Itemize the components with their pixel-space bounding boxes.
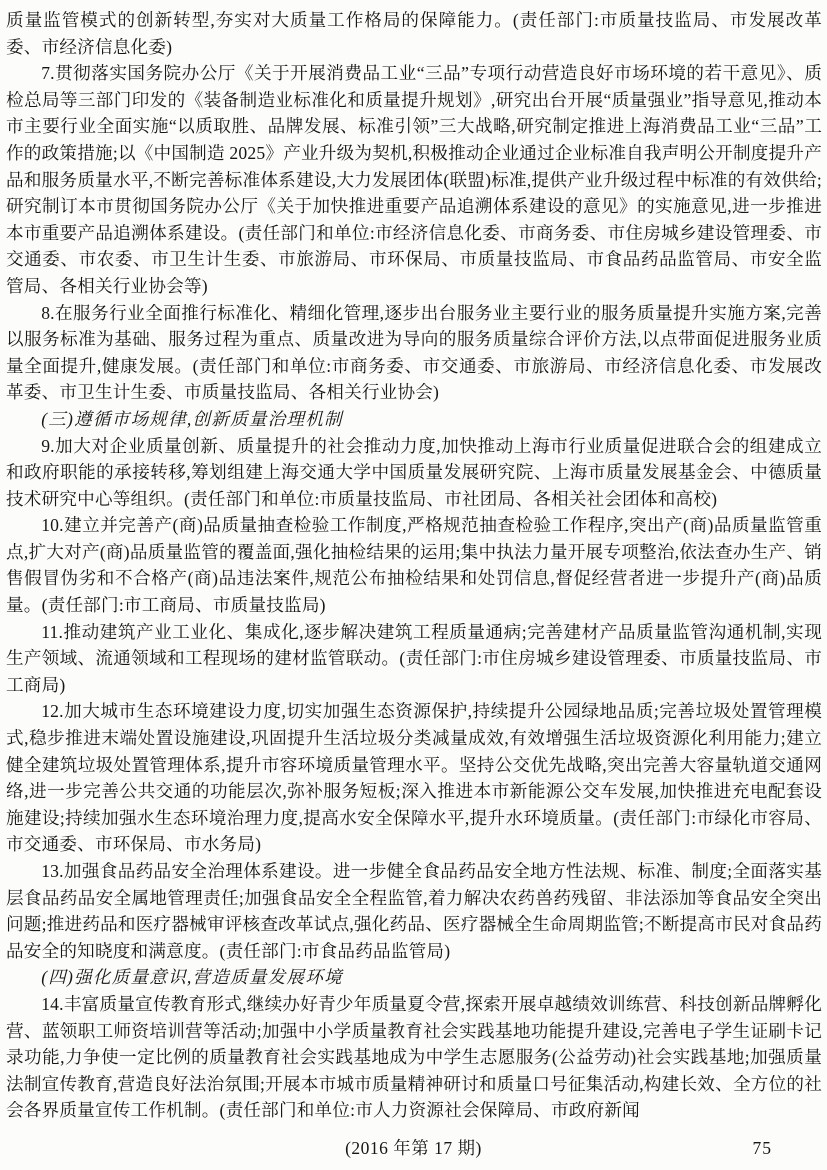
paragraph-continuation: 质量监管模式的创新转型,夯实对大质量工作格局的保障能力。(责任部门:市质量技监局… <box>6 7 822 60</box>
paragraph-item-8: 8.在服务行业全面推行标准化、精细化管理,逐步出台服务业主要行业的服务质量提升实… <box>6 300 822 406</box>
paragraph-item-9: 9.加大对企业质量创新、质量提升的社会推动力度,加快推动上海市行业质量促进联合会… <box>6 433 822 513</box>
paragraph-item-7: 7.贯彻落实国务院办公厅《关于开展消费品工业“三品”专项行动营造良好市场环境的若… <box>6 60 822 299</box>
paragraph-item-14: 14.丰富质量宣传教育形式,继续办好青少年质量夏令营,探索开展卓越绩效训练营、科… <box>6 991 822 1124</box>
paragraph-item-11: 11.推动建筑产业工业化、集成化,逐步解决建筑工程质量通病;完善建材产品质量监管… <box>6 619 822 699</box>
page-footer: (2016 年第 17 期) 75 <box>0 1134 827 1162</box>
section-heading-3: (三)遵循市场规律,创新质量治理机制 <box>6 406 822 433</box>
paragraph-item-13: 13.加强食品药品安全治理体系建设。进一步健全食品药品安全地方性法规、标准、制度… <box>6 858 822 964</box>
body-text: 质量监管模式的创新转型,夯实对大质量工作格局的保障能力。(责任部门:市质量技监局… <box>0 0 827 1126</box>
paragraph-item-12: 12.加大城市生态环境建设力度,切实加强生态资源保护,持续提升公园绿地品质;完善… <box>6 698 822 858</box>
paragraph-item-10: 10.建立并完善产(商)品质量抽查检验工作制度,严格规范抽查检验工作程序,突出产… <box>6 512 822 618</box>
document-page: 质量监管模式的创新转型,夯实对大质量工作格局的保障能力。(责任部门:市质量技监局… <box>0 0 827 1170</box>
page-number: 75 <box>753 1134 773 1162</box>
section-heading-4: (四)强化质量意识,营造质量发展环境 <box>6 964 822 991</box>
journal-issue: (2016 年第 17 期) <box>0 1134 827 1162</box>
